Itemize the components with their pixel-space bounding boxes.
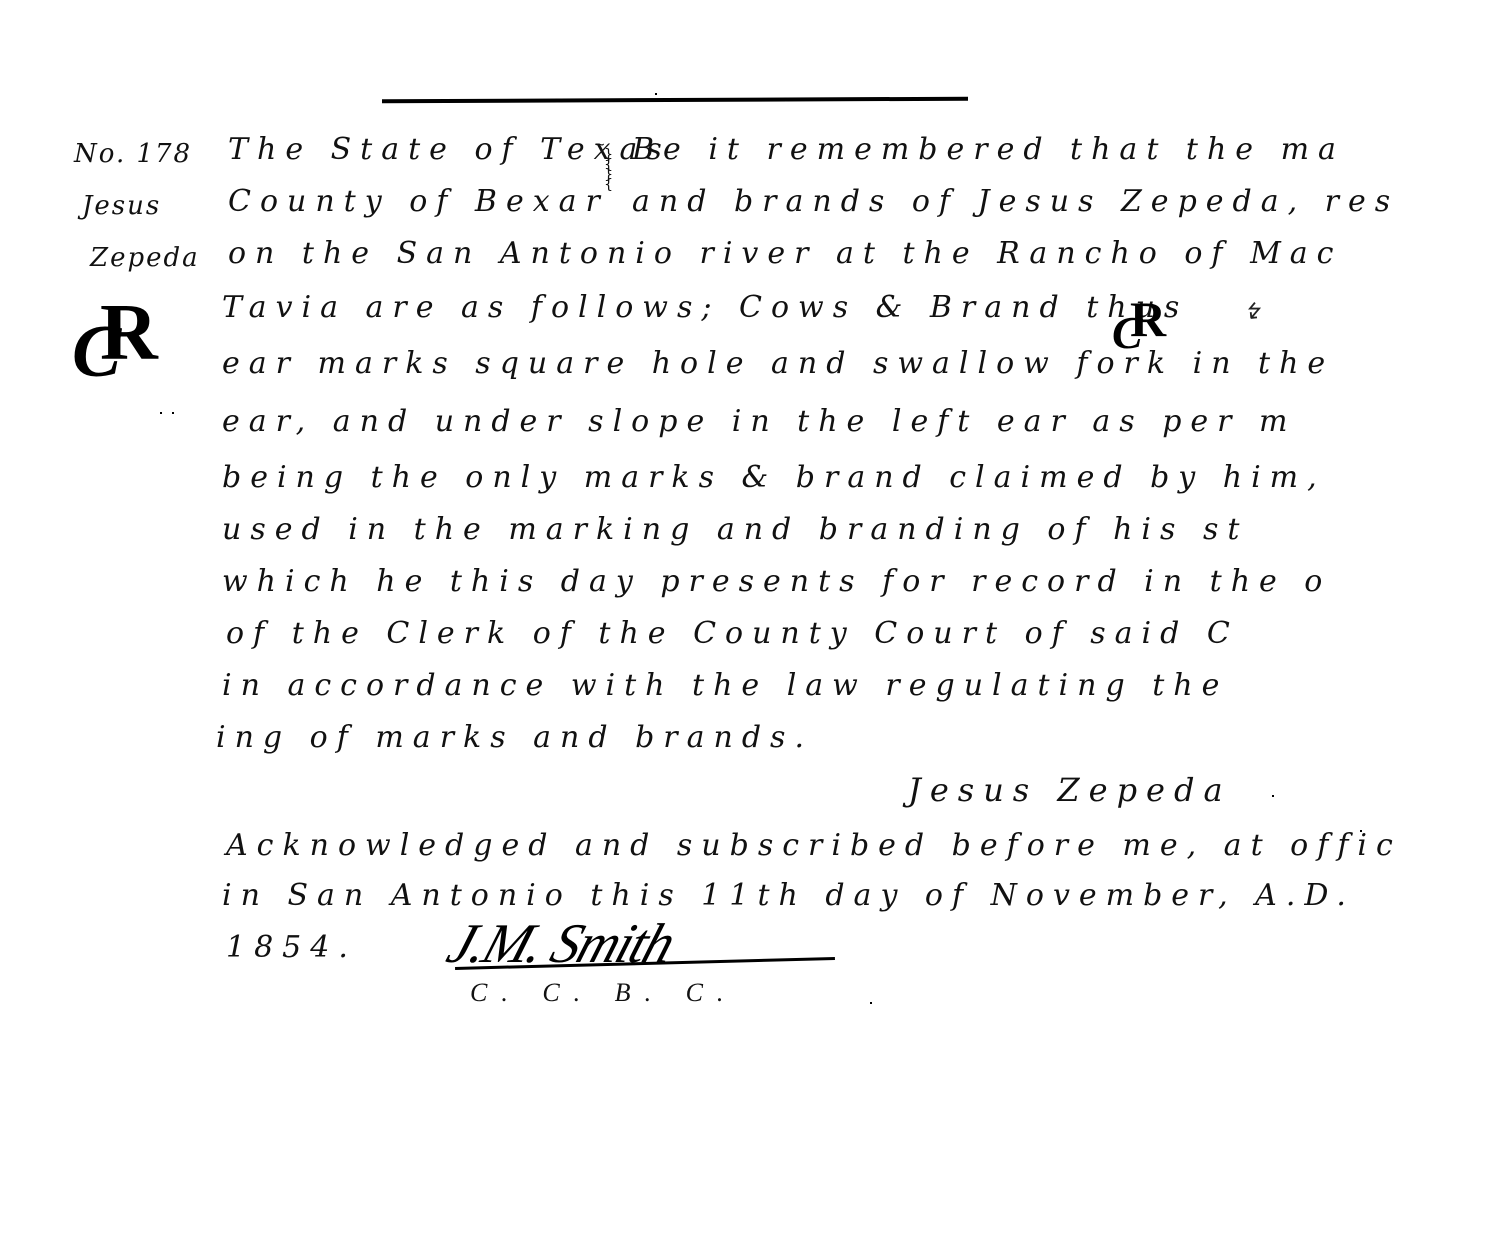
- header-rule: [382, 97, 968, 104]
- body-line-5: ear marks square hole and swallow fork i…: [222, 346, 1334, 382]
- brace-icon: ~ } { } {: [596, 140, 610, 202]
- owner-signature: Jesus Zepeda: [908, 772, 1232, 808]
- body-line-11: in accordance with the law regulating th…: [222, 668, 1228, 704]
- margin-name-last: Zepeda: [90, 240, 200, 276]
- body-line-7: being the only marks & brand claimed by …: [222, 460, 1326, 496]
- acknowledgment-line-1: Acknowledged and subscribed before me, a…: [226, 828, 1402, 864]
- acknowledgment-year: 1854.: [226, 930, 357, 966]
- brand-inline-icon: C R: [1112, 292, 1172, 352]
- body-line-12: ing of marks and brands.: [216, 720, 813, 756]
- brand-inline-r-glyph: R: [1130, 290, 1166, 348]
- ear-mark-sketch-icon: ↯: [1239, 297, 1267, 328]
- acknowledgment-line-2: in San Antonio this 11th day of November…: [222, 878, 1355, 914]
- body-line-8: used in the marking and branding of his …: [222, 512, 1248, 548]
- header-county: County of Bexar: [228, 184, 609, 220]
- body-line-6: ear, and under slope in the left ear as …: [222, 404, 1297, 440]
- body-line-10: of the Clerk of the County Court of said…: [226, 616, 1239, 652]
- scan-speck: [870, 1002, 872, 1004]
- body-line-4: Tavia are as follows; Cows & Brand thus: [222, 290, 1188, 326]
- scan-speck: [160, 412, 162, 414]
- scan-speck: [172, 412, 174, 414]
- scan-speck: [1360, 830, 1362, 832]
- record-number: No. 178: [74, 136, 192, 172]
- clerk-title: C. C. B. C.: [470, 978, 737, 1008]
- scan-speck: [1272, 795, 1274, 797]
- margin-name-first: Jesus: [82, 188, 161, 224]
- body-line-9: which he this day presents for record in…: [222, 564, 1331, 600]
- scan-speck: [655, 93, 657, 95]
- body-line-1: Be it remembered that the ma: [632, 132, 1345, 168]
- document-page: No. 178 Jesus Zepeda C R The State of Te…: [0, 0, 1500, 1243]
- body-line-2: and brands of Jesus Zepeda, res: [632, 184, 1399, 220]
- brand-mark-icon: C R: [72, 292, 162, 382]
- brand-r-glyph: R: [100, 288, 158, 379]
- body-line-3: on the San Antonio river at the Rancho o…: [228, 236, 1342, 272]
